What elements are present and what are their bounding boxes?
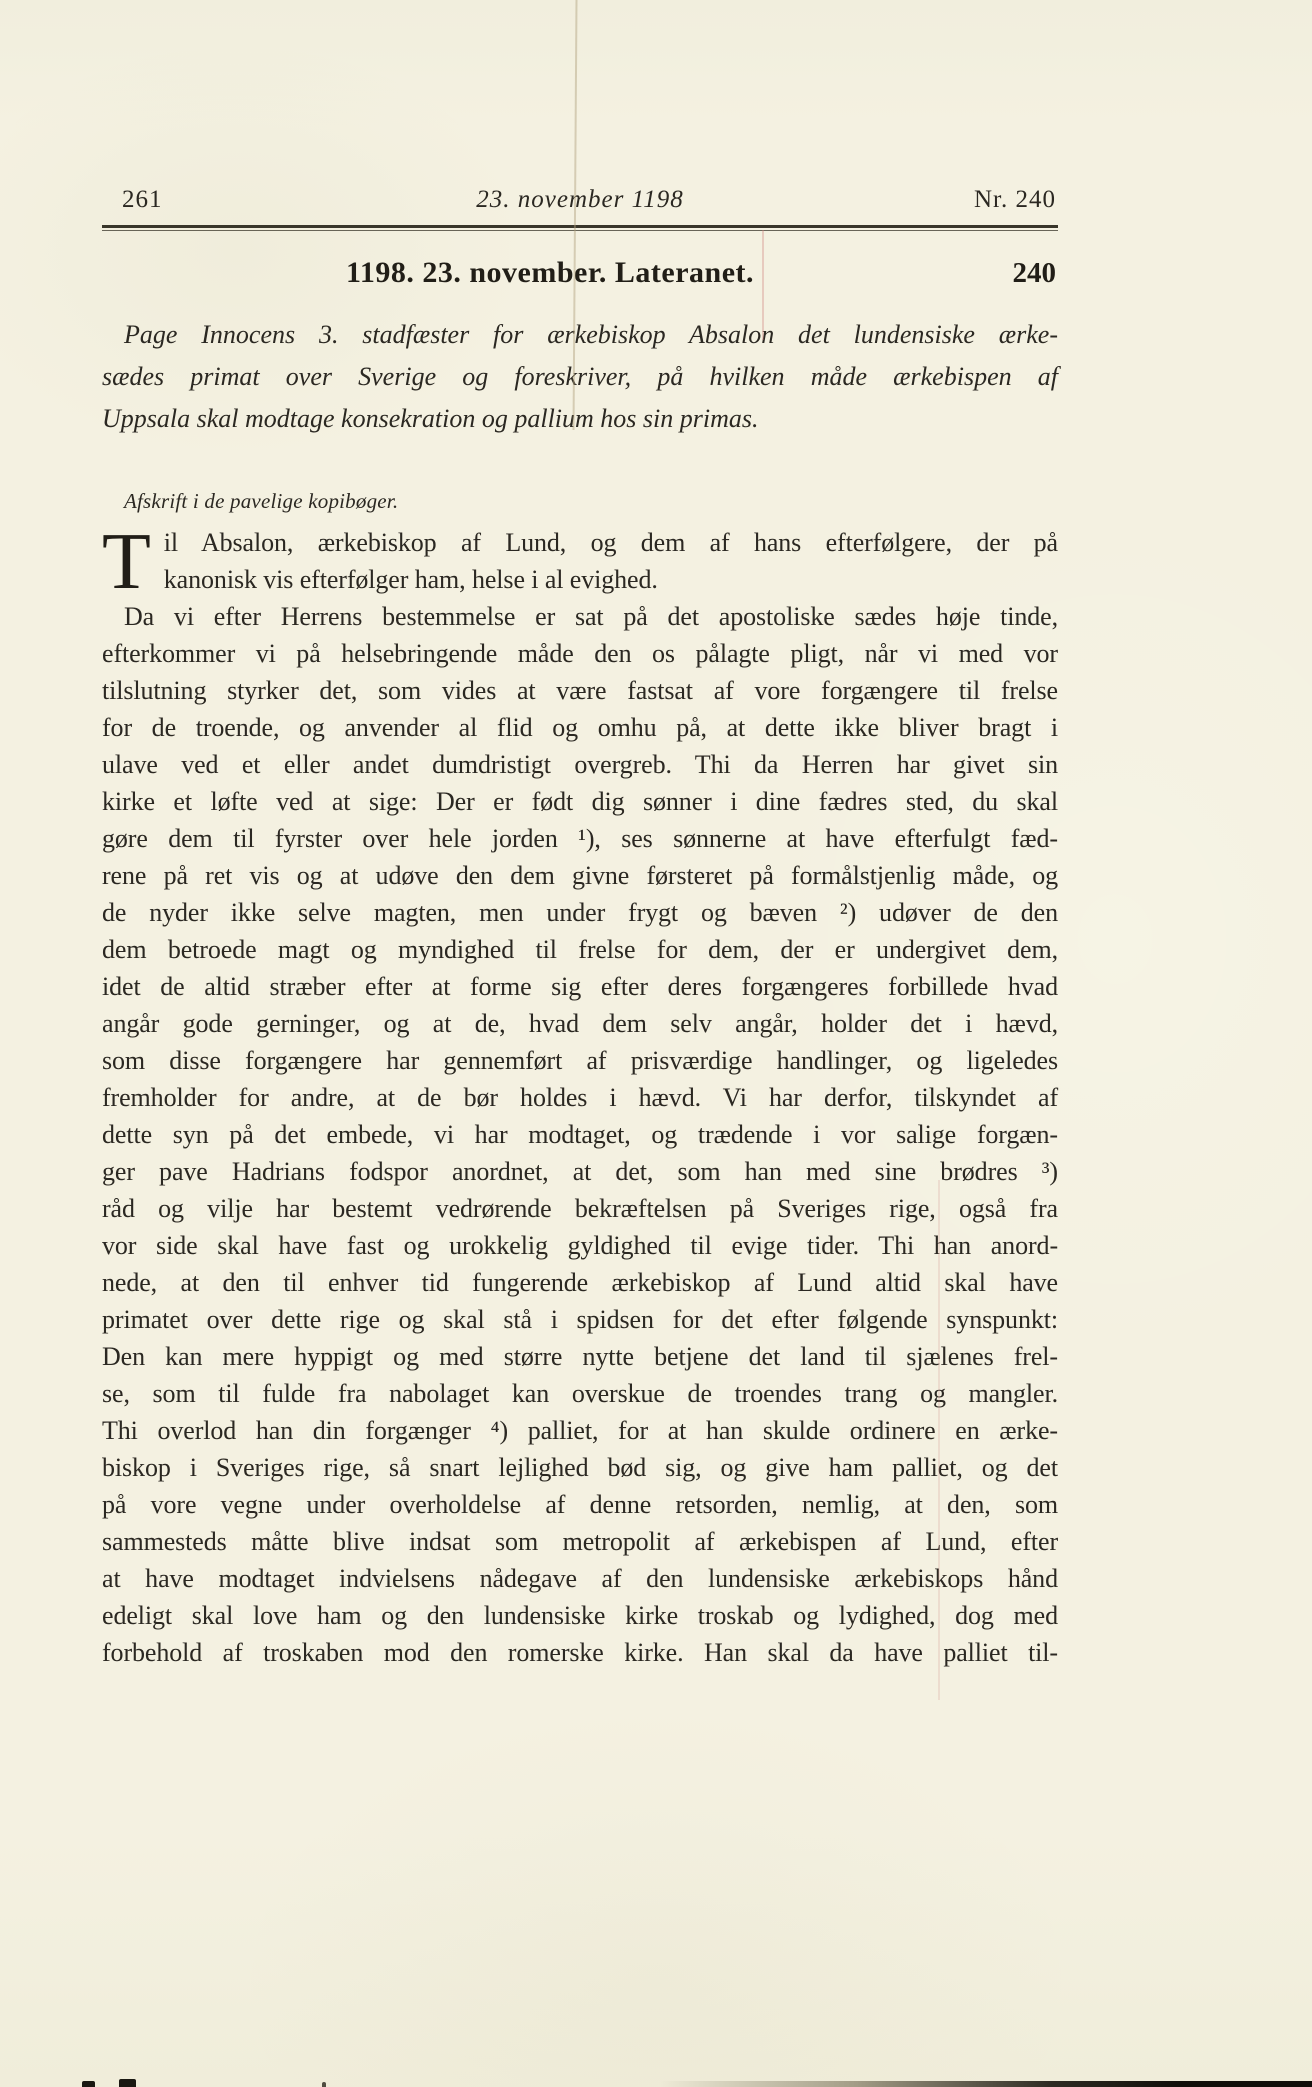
text-line: råd og vilje har bestemt vedrørende bekr… [102, 1190, 1058, 1227]
text-line: Den kan mere hyppigt og med større nytte… [102, 1338, 1058, 1375]
opening-paragraph-lines: il Absalon, ærkebiskop af Lund, og dem a… [102, 524, 1058, 598]
text-line: fremholder for andre, at de bør holdes i… [102, 1079, 1058, 1116]
text-line: Uppsala skal modtage konsekration og pal… [102, 398, 1058, 440]
text-line: ulave ved et eller andet dumdristigt ove… [102, 746, 1058, 783]
text-line: primatet over dette rige og skal stå i s… [102, 1301, 1058, 1338]
entry-heading: 1198. 23. november. Lateranet. [102, 256, 998, 290]
text-line: il Absalon, ærkebiskop af Lund, og dem a… [102, 524, 1058, 561]
text-line: kanonisk vis efterfølger ham, helse i al… [102, 561, 1058, 598]
text-line: rene på ret vis og at udøve den dem givn… [102, 857, 1058, 894]
scan-edge-shadow [660, 2081, 1312, 2087]
text-line: som disse forgængere har gennemført af p… [102, 1042, 1058, 1079]
text-line: forbehold af troskaben mod den romerske … [102, 1634, 1058, 1671]
main-paragraph: Da vi efter Herrens bestemmelse er sat p… [102, 598, 1058, 1671]
page: 261 23. november 1198 Nr. 240 1198. 23. … [0, 0, 1312, 2087]
source-note: Afskrift i de pavelige kopibøger. [102, 489, 1080, 514]
text-line: nede, at den til enhver tid fungerende æ… [102, 1264, 1058, 1301]
text-line: sammesteds måtte blive indsat som metrop… [102, 1523, 1058, 1560]
text-line: idet de altid stræber efter at forme sig… [102, 968, 1058, 1005]
cutoff-text-mark [82, 2081, 95, 2087]
text-line: edeligt skal love ham og den lundensiske… [102, 1597, 1058, 1634]
cutoff-text-mark [119, 2079, 136, 2087]
entry-number: 240 [1013, 257, 1057, 290]
text-line: gøre dem til fyrster over hele jorden ¹)… [102, 820, 1058, 857]
running-header: 261 23. november 1198 Nr. 240 [102, 186, 1058, 220]
text-line: kirke et løfte ved at sige: Der er født … [102, 783, 1058, 820]
text-line: de nyder ikke selve magten, men under fr… [102, 894, 1058, 931]
text-line: dem betroede magt og myndighed til frels… [102, 931, 1058, 968]
text-line: angår gode gerninger, og at de, hvad dem… [102, 1005, 1058, 1042]
text-line: Thi overlod han din forgænger ⁴) palliet… [102, 1412, 1058, 1449]
running-date: 23. november 1198 [102, 186, 1058, 214]
issue-number: Nr. 240 [974, 186, 1056, 214]
text-line: biskop i Sveriges rige, så snart lejligh… [102, 1449, 1058, 1486]
text-line: Page Innocens 3. stadfæster for ærkebisk… [102, 314, 1058, 356]
text-line: at have modtaget indvielsens nådegave af… [102, 1560, 1058, 1597]
text-line: se, som til fulde fra nabolaget kan over… [102, 1375, 1058, 1412]
summary-paragraph: Page Innocens 3. stadfæster for ærkebisk… [102, 314, 1058, 440]
header-rule [102, 225, 1058, 231]
drop-cap: T [102, 524, 164, 593]
text-line: ger pave Hadrians fodspor anordnet, at d… [102, 1153, 1058, 1190]
text-line: vor side skal have fast og urokkelig gyl… [102, 1227, 1058, 1264]
text-line: på vore vegne under overholdelse af denn… [102, 1486, 1058, 1523]
entry-header: 1198. 23. november. Lateranet. 240 [102, 256, 1058, 292]
text-line: tilslutning styrker det, som vides at væ… [102, 672, 1058, 709]
opening-paragraph: T il Absalon, ærkebiskop af Lund, og dem… [102, 524, 1058, 598]
text-line: sædes primat over Sverige og foreskriver… [102, 356, 1058, 398]
cutoff-text-mark [322, 2082, 326, 2087]
text-line: Da vi efter Herrens bestemmelse er sat p… [102, 598, 1058, 635]
body-text: T il Absalon, ærkebiskop af Lund, og dem… [102, 524, 1058, 1671]
text-line: for de troende, og anvender al flid og o… [102, 709, 1058, 746]
text-line: dette syn på det embede, vi har modtaget… [102, 1116, 1058, 1153]
text-line: efterkommer vi på helsebringende måde de… [102, 635, 1058, 672]
